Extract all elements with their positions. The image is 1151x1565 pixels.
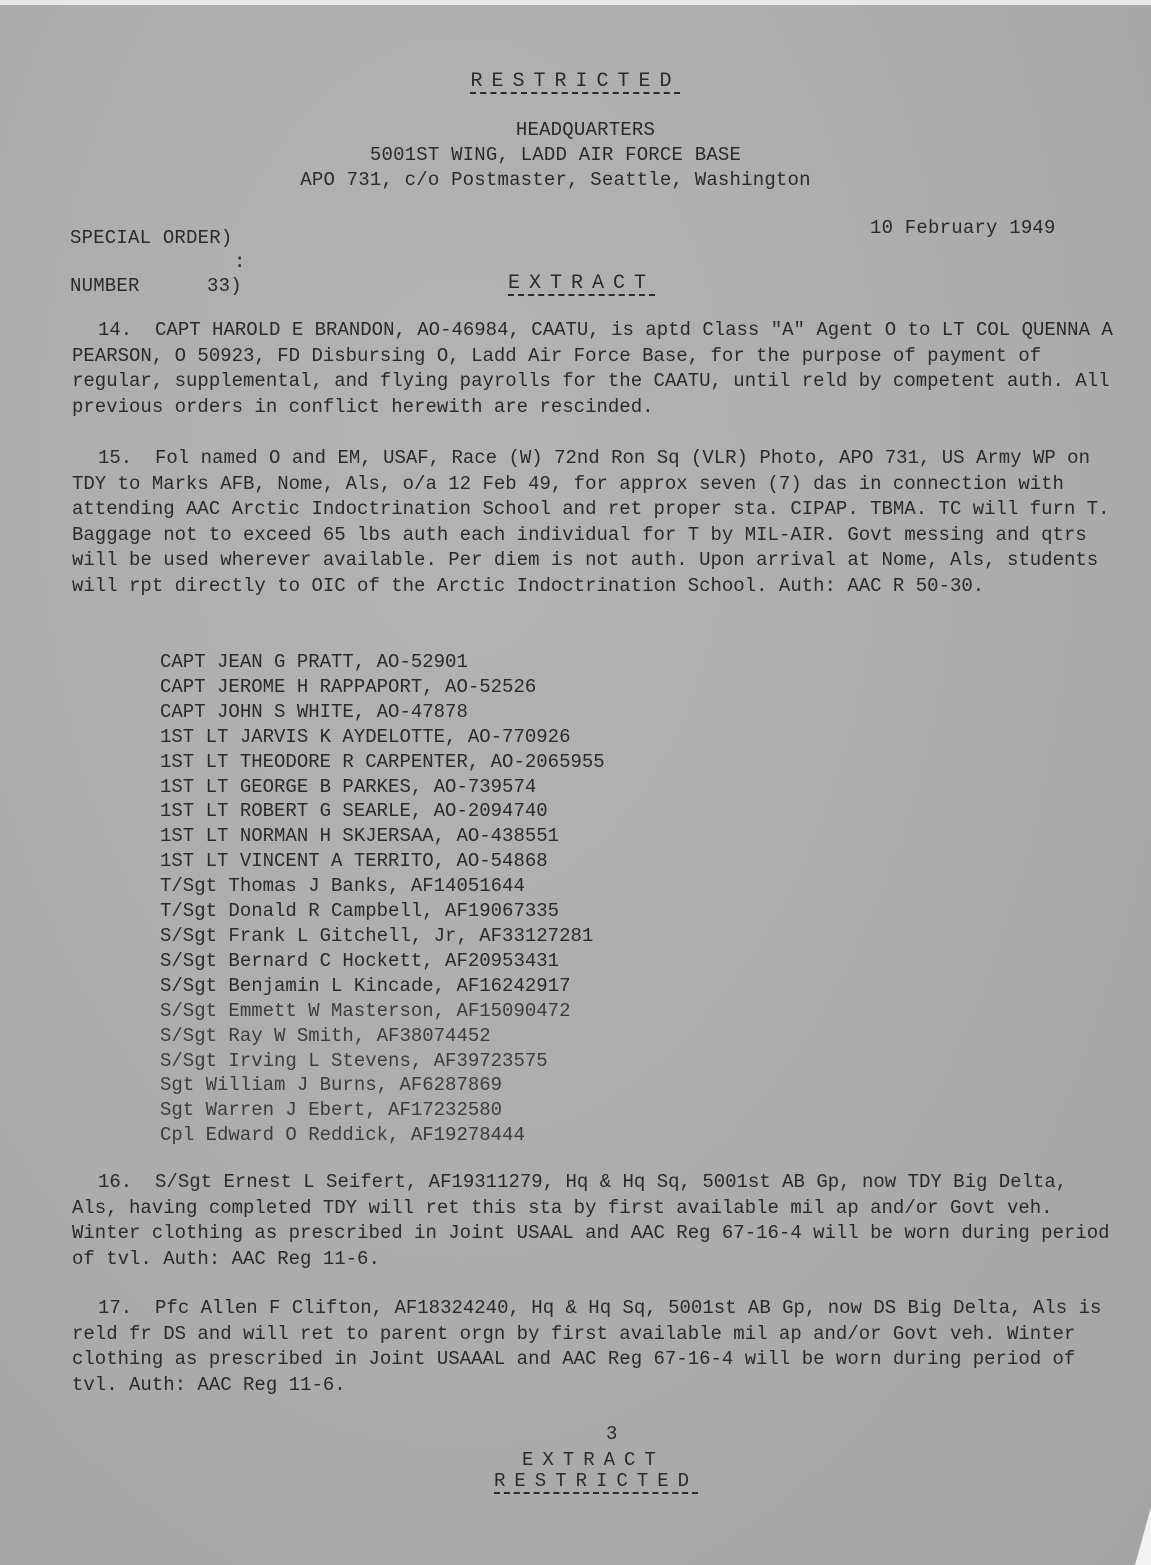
paragraph-text: CAPT HAROLD E BRANDON, AO-46984, CAATU, … <box>72 319 1113 418</box>
number-label: NUMBER <box>70 274 140 298</box>
roster-entry: S/Sgt Frank L Gitchell, Jr, AF33127281 <box>160 924 605 949</box>
paragraph-number: 15. <box>98 447 132 469</box>
roster-entry: Cpl Edward O Reddick, AF19278444 <box>160 1123 605 1148</box>
roster-entry: 1ST LT VINCENT A TERRITO, AO-54868 <box>160 849 605 874</box>
paragraph-14: 14. CAPT HAROLD E BRANDON, AO-46984, CAA… <box>72 318 1122 420</box>
classification-top: RESTRICTED <box>0 70 1151 94</box>
paragraph-16: 16. S/Sgt Ernest L Seifert, AF19311279, … <box>72 1170 1122 1272</box>
paragraph-number: 17. <box>98 1297 132 1319</box>
paragraph-15: 15. Fol named O and EM, USAF, Race (W) 7… <box>72 446 1122 600</box>
roster-entry: T/Sgt Thomas J Banks, AF14051644 <box>160 874 605 899</box>
roster-entry: CAPT JEAN G PRATT, AO-52901 <box>160 650 605 675</box>
paragraph-17: 17. Pfc Allen F Clifton, AF18324240, Hq … <box>72 1296 1122 1398</box>
roster-entry: 1ST LT THEODORE R CARPENTER, AO-2065955 <box>160 750 605 775</box>
extract-heading: EXTRACT <box>508 272 655 296</box>
page-corner-fold <box>1135 1507 1151 1565</box>
roster-entry: 1ST LT ROBERT G SEARLE, AO-2094740 <box>160 799 605 824</box>
roster-entry: S/Sgt Emmett W Masterson, AF15090472 <box>160 999 605 1024</box>
roster-entry: Sgt Warren J Ebert, AF17232580 <box>160 1098 605 1123</box>
roster-entry: S/Sgt Bernard C Hockett, AF20953431 <box>160 949 605 974</box>
paragraph-text: Fol named O and EM, USAF, Race (W) 72nd … <box>72 447 1110 597</box>
roster-entry: T/Sgt Donald R Campbell, AF19067335 <box>160 899 605 924</box>
paragraph-number: 14. <box>98 319 132 341</box>
paragraph-number: 16. <box>98 1171 132 1193</box>
headquarters-line: HEADQUARTERS <box>10 118 1151 142</box>
order-number: 33) <box>207 274 242 298</box>
roster-entry: 1ST LT NORMAN H SKJERSAA, AO-438551 <box>160 824 605 849</box>
roster-entry: S/Sgt Ray W Smith, AF38074452 <box>160 1024 605 1049</box>
roster-entry: 1ST LT JARVIS K AYDELOTTE, AO-770926 <box>160 725 605 750</box>
roster-entry: CAPT JEROME H RAPPAPORT, AO-52526 <box>160 675 605 700</box>
scan-top-edge <box>0 0 1151 5</box>
roster-entry: S/Sgt Irving L Stevens, AF39723575 <box>160 1049 605 1074</box>
roster-entry: S/Sgt Benjamin L Kincade, AF16242917 <box>160 974 605 999</box>
roster-entry: 1ST LT GEORGE B PARKES, AO-739574 <box>160 775 605 800</box>
order-colon: : <box>234 250 246 274</box>
classification-bottom: RESTRICTED <box>494 1469 698 1493</box>
paragraph-text: S/Sgt Ernest L Seifert, AF19311279, Hq &… <box>72 1171 1110 1270</box>
address-line: APO 731, c/o Postmaster, Seattle, Washin… <box>0 168 1131 192</box>
personnel-roster: CAPT JEAN G PRATT, AO-52901 CAPT JEROME … <box>160 650 605 1148</box>
unit-line: 5001ST WING, LADD AIR FORCE BASE <box>0 143 1131 167</box>
paragraph-text: Pfc Allen F Clifton, AF18324240, Hq & Hq… <box>72 1297 1101 1396</box>
roster-entry: Sgt William J Burns, AF6287869 <box>160 1073 605 1098</box>
page-number: 3 <box>606 1422 618 1446</box>
special-order-label: SPECIAL ORDER) <box>70 226 232 250</box>
order-date: 10 February 1949 <box>870 216 1056 240</box>
roster-entry: CAPT JOHN S WHITE, AO-47878 <box>160 700 605 725</box>
